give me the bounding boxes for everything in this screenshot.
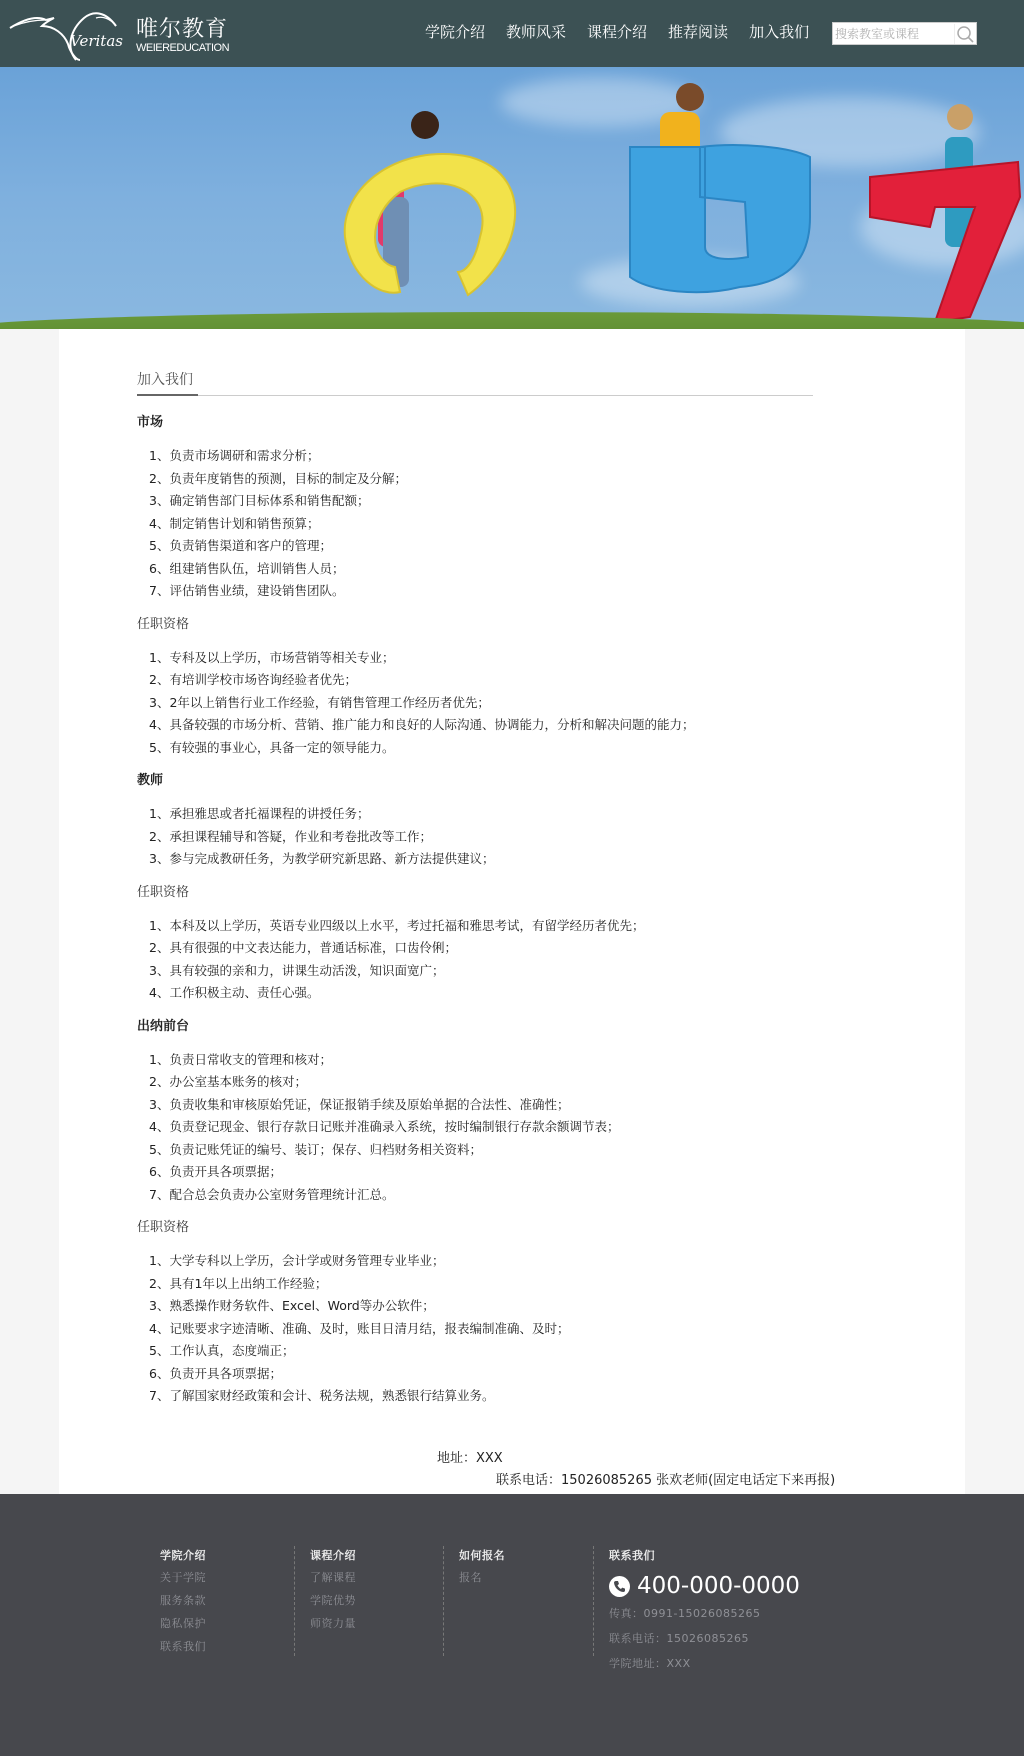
footer-col-courses: 课程介绍 了解课程 学院优势 师资力量	[310, 1547, 356, 1640]
footer-link-terms[interactable]: 服务条款	[160, 1594, 206, 1617]
footer-col-about: 学院介绍 关于学院 服务条款 隐私保护 联系我们	[160, 1547, 206, 1663]
requirements-title: 任职资格	[137, 1217, 837, 1239]
job-requirements-cashier: 1、大学专科以上学历，会计学或财务管理专业毕业； 2、具有1年以上出纳工作经验；…	[149, 1250, 837, 1408]
nav-item-about[interactable]: 学院介绍	[425, 21, 485, 42]
hotline-number: 400-000-0000	[637, 1573, 800, 1599]
search-icon	[955, 24, 975, 44]
list-item: 1、专科及以上学历，市场营销等相关专业；	[149, 647, 837, 670]
footer-link-learn-courses[interactable]: 了解课程	[310, 1571, 356, 1594]
main-nav: 学院介绍 教师风采 课程介绍 推荐阅读 加入我们	[425, 21, 830, 42]
footer-col-contact: 联系我们 400-000-0000 传真：0991-15026085265 联系…	[609, 1547, 800, 1682]
search-input[interactable]	[835, 24, 953, 43]
list-item: 2、具有很强的中文表达能力，普通话标准，口齿伶俐；	[149, 937, 837, 960]
phone-icon	[609, 1576, 630, 1597]
heron-logo-icon: Veritas	[6, 4, 134, 64]
list-item: 4、记账要求字迹清晰、准确、及时，账目日清月结，报表编制准确、及时；	[149, 1318, 837, 1341]
job-duties-teacher: 1、承担雅思或者托福课程的讲授任务； 2、承担课程辅导和答疑，作业和考卷批改等工…	[149, 803, 837, 871]
hero-banner	[0, 67, 1024, 329]
list-item: 2、办公室基本账务的核对；	[149, 1071, 837, 1094]
logo[interactable]: Veritas 唯尔教育 WEIEREDUCATION	[6, 4, 236, 64]
hotline: 400-000-0000	[609, 1571, 800, 1601]
list-item: 6、负责开具各项票据；	[149, 1161, 837, 1184]
list-item: 4、工作积极主动、责任心强。	[149, 982, 837, 1005]
footer-link-faculty[interactable]: 师资力量	[310, 1617, 356, 1640]
site-header: Veritas 唯尔教育 WEIEREDUCATION 学院介绍 教师风采 课程…	[0, 0, 1024, 67]
list-item: 4、负责登记现金、银行存款日记账并准确录入系统，按时编制银行存款余额调节表；	[149, 1116, 837, 1139]
footer-link-enroll[interactable]: 报名	[459, 1571, 505, 1594]
footer-link-about-college[interactable]: 关于学院	[160, 1571, 206, 1594]
title-divider	[137, 395, 813, 396]
footer-col-enroll: 如何报名 报名	[459, 1547, 505, 1594]
job-requirements-teacher: 1、本科及以上学历，英语专业四级以上水平，考过托福和雅思考试，有留学经历者优先；…	[149, 915, 837, 1005]
footer-link-privacy[interactable]: 隐私保护	[160, 1617, 206, 1640]
job-listings: 市场 1、负责市场调研和需求分析； 2、负责年度销售的预测，目标的制定及分解； …	[137, 412, 837, 1419]
footer-col-title: 课程介绍	[310, 1547, 356, 1561]
nav-item-teachers[interactable]: 教师风采	[506, 21, 566, 42]
list-item: 3、2年以上销售行业工作经验，有销售管理工作经历者优先；	[149, 692, 837, 715]
site-footer: 学院介绍 关于学院 服务条款 隐私保护 联系我们 课程介绍 了解课程 学院优势 …	[0, 1494, 1024, 1756]
list-item: 1、承担雅思或者托福课程的讲授任务；	[149, 803, 837, 826]
requirements-title: 任职资格	[137, 614, 837, 636]
list-item: 4、制定销售计划和销售预算；	[149, 513, 837, 536]
list-item: 2、具有1年以上出纳工作经验；	[149, 1273, 837, 1296]
footer-col-title: 联系我们	[609, 1547, 800, 1561]
nav-item-courses[interactable]: 课程介绍	[587, 21, 647, 42]
list-item: 2、负责年度销售的预测，目标的制定及分解；	[149, 468, 837, 491]
job-duties-marketing: 1、负责市场调研和需求分析； 2、负责年度销售的预测，目标的制定及分解； 3、确…	[149, 445, 837, 603]
svg-text:Veritas: Veritas	[70, 32, 123, 50]
list-item: 3、具有较强的亲和力，讲课生动活泼，知识面宽广；	[149, 960, 837, 983]
list-item: 1、大学专科以上学历，会计学或财务管理专业毕业；	[149, 1250, 837, 1273]
footer-address: 学院地址：XXX	[609, 1657, 800, 1682]
list-item: 3、熟悉操作财务软件、Excel、Word等办公软件；	[149, 1295, 837, 1318]
job-duties-cashier: 1、负责日常收支的管理和核对； 2、办公室基本账务的核对； 3、负责收集和审核原…	[149, 1049, 837, 1207]
content-panel: 加入我们 市场 1、负责市场调研和需求分析； 2、负责年度销售的预测，目标的制定…	[59, 329, 965, 1494]
list-item: 1、本科及以上学历，英语专业四级以上水平，考过托福和雅思考试，有留学经历者优先；	[149, 915, 837, 938]
page-title: 加入我们	[137, 369, 193, 389]
footer-link-advantages[interactable]: 学院优势	[310, 1594, 356, 1617]
list-item: 5、工作认真，态度端正；	[149, 1340, 837, 1363]
requirements-title: 任职资格	[137, 882, 837, 904]
footer-col-title: 学院介绍	[160, 1547, 206, 1561]
search-button[interactable]	[954, 24, 974, 44]
list-item: 3、负责收集和审核原始凭证，保证报销手续及原始单据的合法性、准确性；	[149, 1094, 837, 1117]
footer-divider	[443, 1546, 444, 1656]
footer-divider	[593, 1546, 594, 1656]
list-item: 5、有较强的事业心，具备一定的领导能力。	[149, 737, 837, 760]
list-item: 1、负责日常收支的管理和核对；	[149, 1049, 837, 1072]
nav-item-join-us[interactable]: 加入我们	[749, 21, 809, 42]
footer-divider	[294, 1546, 295, 1656]
list-item: 7、了解国家财经政策和会计、税务法规，熟悉银行结算业务。	[149, 1385, 837, 1408]
list-item: 6、组建销售队伍，培训销售人员；	[149, 558, 837, 581]
list-item: 4、具备较强的市场分析、营销、推广能力和良好的人际沟通、协调能力，分析和解决问题…	[149, 714, 837, 737]
footer-col-title: 如何报名	[459, 1547, 505, 1561]
footer-link-contact[interactable]: 联系我们	[160, 1640, 206, 1663]
list-item: 7、配合总会负责办公室财务管理统计汇总。	[149, 1184, 837, 1207]
list-item: 7、评估销售业绩，建设销售团队。	[149, 580, 837, 603]
contact-phone-text: 联系电话：15026085265 张欢老师(固定电话定下来再报)	[496, 1469, 835, 1488]
list-item: 2、承担课程辅导和答疑，作业和考卷批改等工作；	[149, 826, 837, 849]
nav-item-reading[interactable]: 推荐阅读	[668, 21, 728, 42]
logo-chinese-name: 唯尔教育	[136, 12, 228, 43]
list-item: 3、参与完成教研任务，为教学研究新思路、新方法提供建议；	[149, 848, 837, 871]
logo-english-name: WEIEREDUCATION	[136, 42, 229, 54]
search-box	[832, 22, 977, 45]
job-title-teacher: 教师	[137, 770, 837, 792]
address-text: 地址：XXX	[437, 1447, 503, 1466]
footer-phone: 联系电话：15026085265	[609, 1632, 800, 1657]
footer-fax: 传真：0991-15026085265	[609, 1607, 800, 1632]
list-item: 5、负责销售渠道和客户的管理；	[149, 535, 837, 558]
list-item: 3、确定销售部门目标体系和销售配额；	[149, 490, 837, 513]
title-divider-active	[137, 394, 198, 396]
job-requirements-marketing: 1、专科及以上学历，市场营销等相关专业； 2、有培训学校市场咨询经验者优先； 3…	[149, 647, 837, 760]
job-title-marketing: 市场	[137, 412, 837, 434]
banner-illustration	[0, 67, 1024, 329]
list-item: 6、负责开具各项票据；	[149, 1363, 837, 1386]
list-item: 2、有培训学校市场咨询经验者优先；	[149, 669, 837, 692]
job-title-cashier: 出纳前台	[137, 1016, 837, 1038]
list-item: 5、负责记账凭证的编号、装订；保存、归档财务相关资料；	[149, 1139, 837, 1162]
list-item: 1、负责市场调研和需求分析；	[149, 445, 837, 468]
